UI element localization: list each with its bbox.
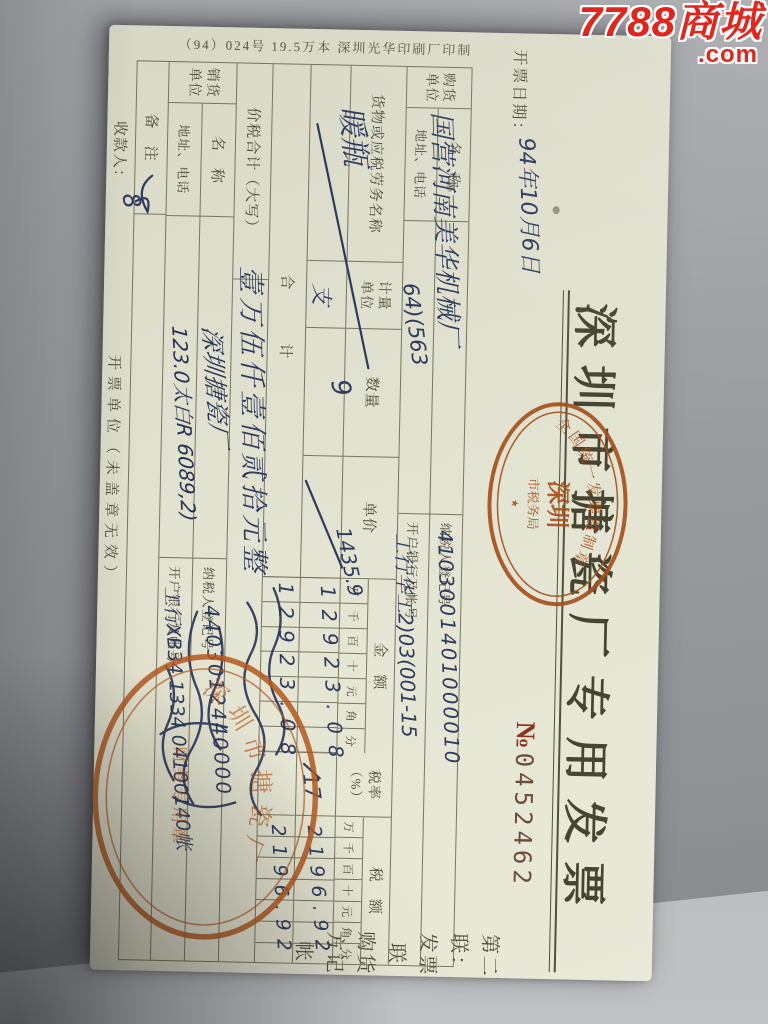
- logo-brand: 7788商城: [579, 0, 762, 45]
- svg-text:深圳: 深圳: [543, 480, 571, 529]
- svg-text:★: ★: [508, 499, 519, 508]
- rotated-invoice-wrapper: 深圳市搪瓷厂专用发票 № 0452462 开票日期： 94年10月6日 （94）…: [90, 25, 672, 982]
- marketplace-logo: 7788商城 .com: [579, 2, 762, 67]
- svg-text:深圳市搪瓷厂: 深圳市搪瓷厂: [194, 675, 278, 872]
- tax-supervision-stamp: 全国统一发票监制章 深圳 市税务局 ★: [481, 395, 633, 614]
- financial-seal-stamp: 深圳市搪瓷厂 财务专用章: [84, 646, 326, 947]
- invoice-paper: 深圳市搪瓷厂专用发票 № 0452462 开票日期： 94年10月6日 （94）…: [90, 25, 672, 982]
- logo-tld: .com: [579, 44, 758, 67]
- photo-background: 深圳市搪瓷厂专用发票 № 0452462 开票日期： 94年10月6日 （94）…: [0, 0, 768, 1024]
- svg-text:市税务局: 市税务局: [525, 478, 541, 530]
- svg-text:财务专用章: 财务专用章: [168, 746, 190, 846]
